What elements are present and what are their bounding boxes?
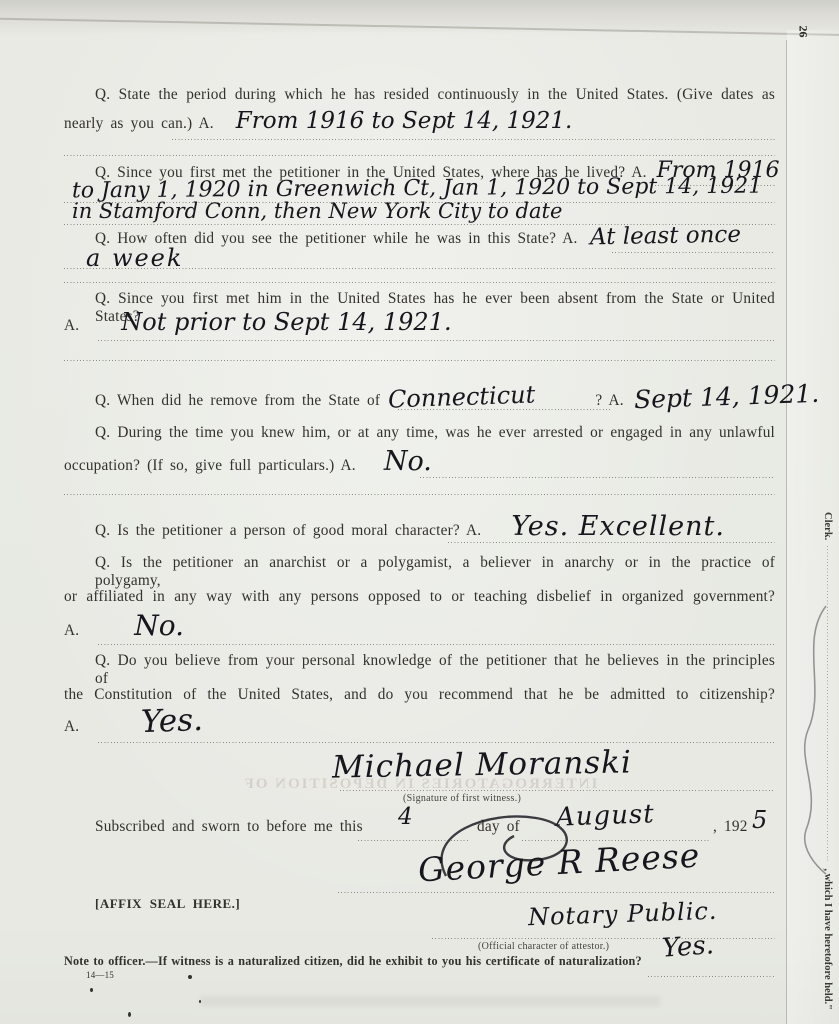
answer-4-dotted-line — [98, 340, 775, 341]
question-5-blank-dotted-line — [398, 409, 610, 410]
question-5-mid: ? A. — [595, 392, 623, 410]
sworn-day-handwriting: 4 — [398, 806, 413, 829]
question-1-answer-row: nearly as you can.) A. From 1916 to Sept… — [64, 110, 572, 133]
edge-clerk-text: Clerk. — [822, 512, 833, 540]
edge-fragment-text: , which I have heretofore held." — [822, 868, 833, 1010]
question-5-row: Q. When did he remove from the State of … — [95, 384, 819, 410]
ruled-dotted-line — [64, 360, 775, 361]
sworn-statement-prefix: Subscribed and sworn to before me this — [95, 818, 363, 836]
answer-6-dotted-line — [420, 477, 775, 478]
page-number-stamp: 26 — [796, 26, 811, 38]
question-4-answer-row: A. Not prior to Sept 14, 1921. — [64, 310, 452, 335]
answer-3-dotted-line-1 — [612, 252, 775, 253]
affix-seal-label: [AFFIX SEAL HERE.] — [95, 896, 240, 912]
question-8-line-1: Q. Is the petitioner an anarchist or a p… — [95, 554, 775, 590]
answer-5-handwriting: Sept 14, 1921. — [633, 381, 819, 412]
ink-speck — [188, 975, 192, 979]
sworn-year-printed: , 192 — [713, 818, 748, 836]
fold-crease — [786, 40, 787, 1024]
answer-9-handwriting: Yes. — [141, 705, 204, 738]
edge-handwriting-flourish — [796, 600, 832, 880]
ink-speck — [90, 988, 93, 992]
answer-5-blank-handwriting: Connecticut — [388, 382, 536, 411]
question-9-a-label: A. — [64, 718, 79, 736]
notary-title-dotted-line — [432, 938, 775, 939]
witness-signature-caption: (Signature of first witness.) — [403, 793, 521, 804]
ink-speck — [199, 1000, 201, 1003]
answer-4-handwriting: Not prior to Sept 14, 1921. — [121, 310, 451, 334]
answer-8-handwriting: No. — [134, 612, 184, 640]
question-9-line-2: the Constitution of the United States, a… — [64, 686, 775, 704]
witness-signature-dotted-line — [340, 790, 775, 791]
question-6-answer-row: occupation? (If so, give full particular… — [64, 448, 432, 475]
answer-1-dotted-line — [172, 139, 775, 140]
question-1-line-1: Q. State the period during which he has … — [95, 86, 775, 104]
question-1-line-2-prefix: nearly as you can.) A. — [64, 115, 214, 133]
answer-3-dotted-line-2 — [64, 268, 775, 269]
question-7-row: Q. Is the petitioner a person of good mo… — [95, 513, 725, 540]
note-answer-handwriting: Yes. — [661, 932, 715, 962]
question-9-answer-row: A. Yes. — [64, 706, 203, 737]
sworn-year-handwriting: 5 — [752, 808, 767, 832]
question-7-text: Q. Is the petitioner a person of good mo… — [95, 522, 481, 540]
notary-title-handwriting: Notary Public. — [528, 899, 718, 930]
question-4-a-label: A. — [64, 317, 79, 335]
question-5-prefix: Q. When did he remove from the State of — [95, 392, 380, 410]
note-answer-dotted-line — [648, 976, 775, 977]
answer-3-handwriting-1: At least once — [589, 224, 740, 250]
question-8-a-label: A. — [64, 622, 79, 640]
witness-signature: Michael Moranski — [332, 747, 632, 783]
ruled-dotted-line — [64, 282, 775, 283]
ruled-dotted-line — [64, 155, 775, 156]
bleed-through-smudge — [200, 996, 660, 1006]
question-3-row: Q. How often did you see the petitioner … — [95, 225, 740, 248]
question-8-answer-row: A. No. — [64, 612, 184, 640]
answer-7-handwriting: Yes. Excellent. — [511, 513, 725, 540]
question-6-line-1: Q. During the time you knew him, or at a… — [95, 424, 775, 442]
question-8-line-2: or affiliated in any way with any person… — [64, 588, 775, 606]
question-6-line-2-prefix: occupation? (If so, give full particular… — [64, 457, 356, 475]
answer-6-handwriting: No. — [384, 448, 432, 475]
document-page: 26 Q. State the period during which he h… — [0, 0, 839, 1024]
ruled-dotted-line — [64, 494, 775, 495]
answer-9-dotted-line — [98, 742, 775, 743]
answer-7-dotted-line — [448, 542, 775, 543]
ink-speck — [128, 1012, 131, 1017]
question-9-line-1: Q. Do you believe from your personal kno… — [95, 652, 775, 688]
note-to-officer: Note to officer.—If witness is a natural… — [64, 954, 642, 969]
notary-signature-dotted-line — [338, 892, 775, 893]
answer-2-handwriting-3: in Stamford Conn, then New York City to … — [72, 201, 562, 222]
form-number: 14—15 — [86, 970, 114, 980]
answer-8-dotted-line — [98, 644, 775, 645]
scan-top-edge — [0, 0, 839, 34]
answer-1-handwriting: From 1916 to Sept 14, 1921. — [236, 110, 573, 133]
notary-title-caption: (Official character of attestor.) — [478, 941, 609, 952]
answer-3-handwriting-2: a week — [86, 246, 183, 270]
